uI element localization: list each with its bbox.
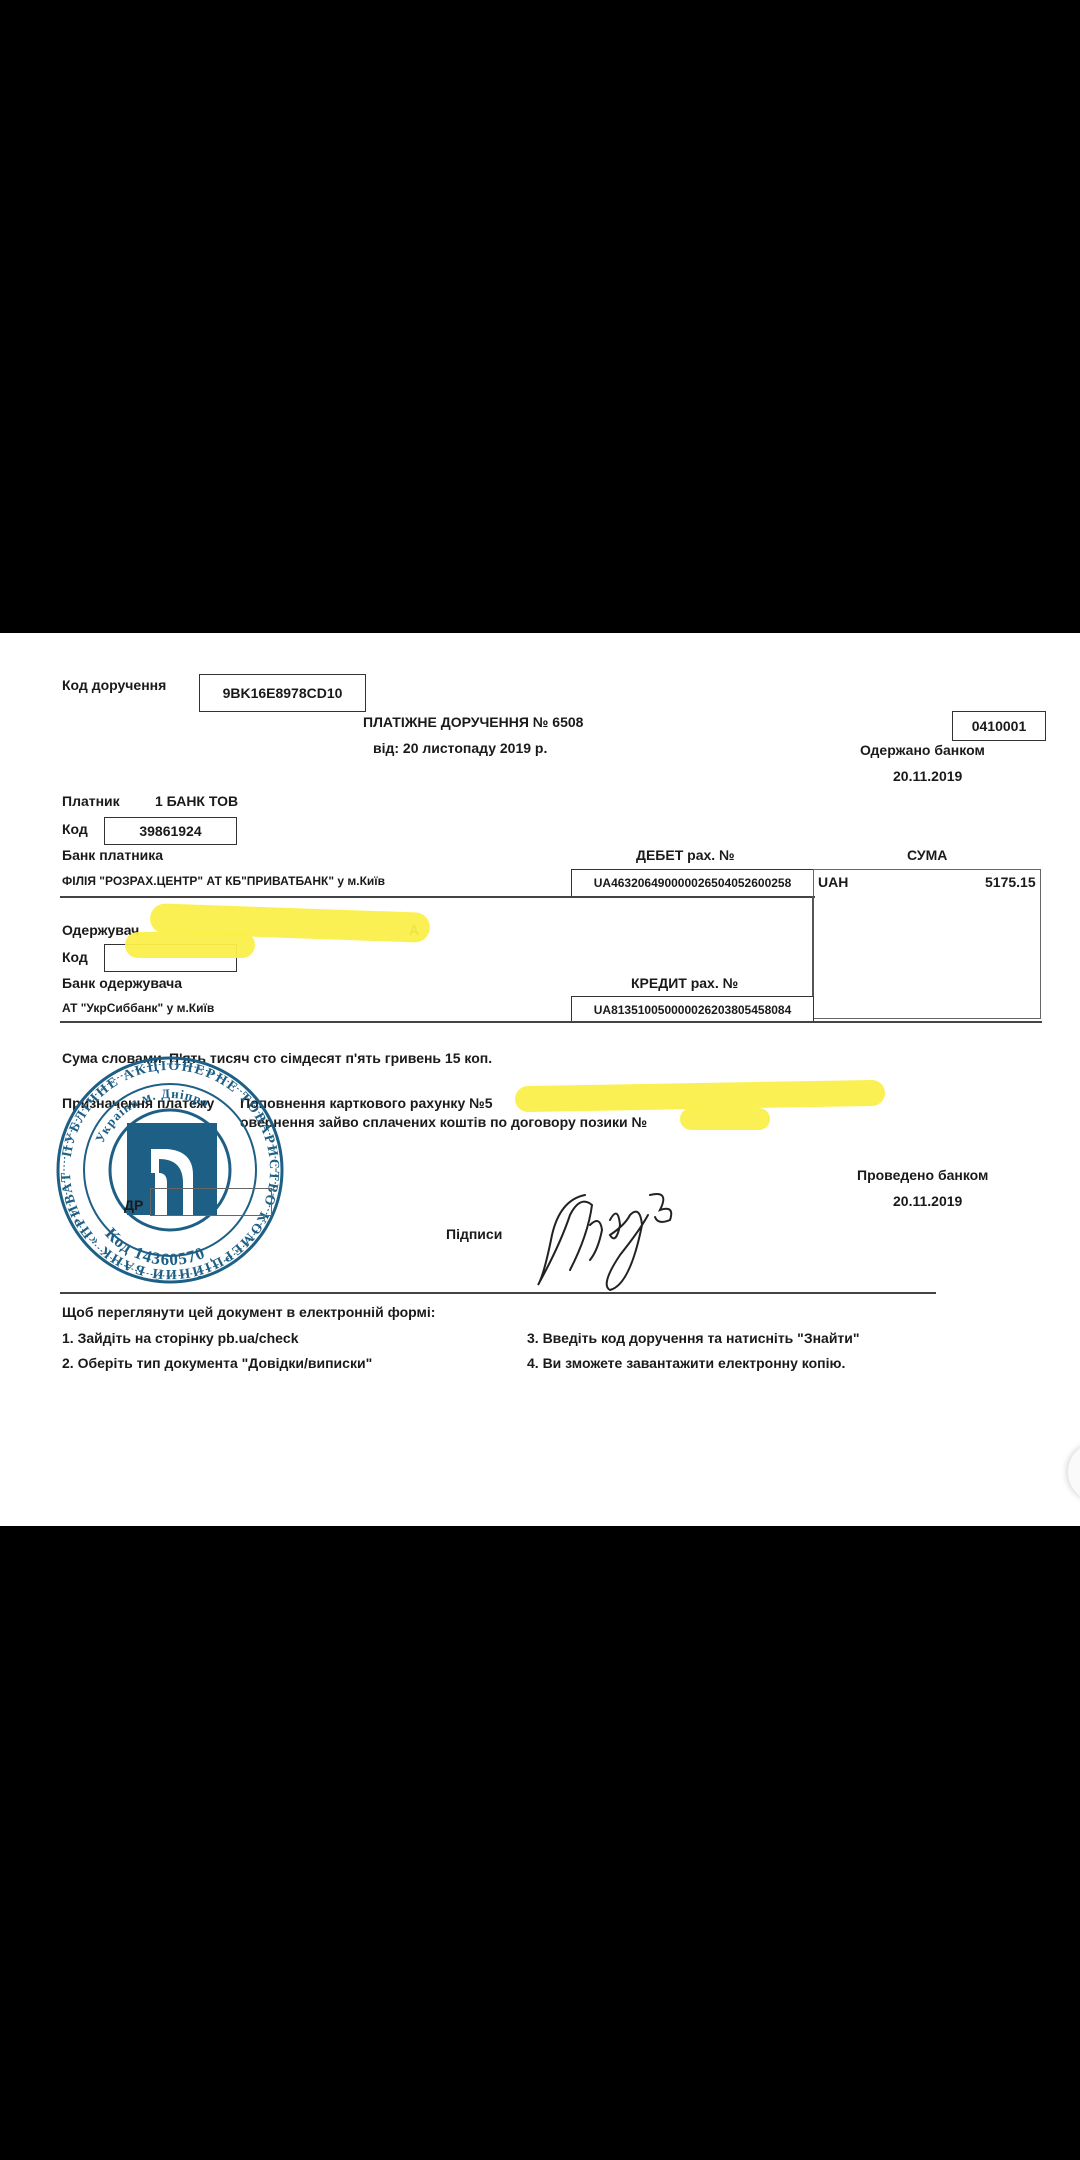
recipient-code-label: Код (62, 949, 88, 965)
bank-stamp-icon: ПУБЛІЧНЕ АКЦІОНЕРНЕ ТОВАРИСТВО КОМЕРЦІЙН… (55, 1055, 285, 1285)
sum-amount: 5175.15 (985, 874, 1036, 890)
order-code-box: 9BK16E8978CD10 (199, 674, 366, 712)
instruction-step: 4. Ви зможете завантажити електронну коп… (527, 1355, 845, 1371)
instruction-step: 1. Зайдіть на сторінку pb.ua/check (62, 1330, 299, 1346)
divider (60, 1021, 1042, 1023)
instruction-step: 3. Введіть код доручення та натисніть "З… (527, 1330, 860, 1346)
dr-label: ДР (124, 1197, 143, 1213)
payer-name: 1 БАНК ТОВ (155, 793, 238, 809)
payer-label: Платник (62, 793, 120, 809)
sum-box (813, 869, 1041, 1019)
received-label: Одержано банком (860, 742, 985, 758)
redaction-mark (125, 932, 255, 958)
redaction-mark (680, 1108, 770, 1130)
payer-code-box: 39861924 (104, 817, 237, 845)
recipient-bank-label: Банк одержувача (62, 975, 182, 991)
dr-box (150, 1188, 272, 1216)
signature-icon (530, 1175, 730, 1295)
credit-account-box: UA813510050000026203805458084 (571, 996, 814, 1023)
instructions-heading: Щоб переглянути цей документ в електронн… (62, 1304, 435, 1320)
credit-label: КРЕДИТ рах. № (631, 975, 738, 991)
order-code-label: Код доручення (62, 677, 166, 693)
payer-code-label: Код (62, 821, 88, 837)
divider (540, 896, 815, 898)
debit-label: ДЕБЕТ рах. № (636, 847, 735, 863)
form-code-box: 0410001 (952, 711, 1046, 741)
divider (60, 1292, 936, 1294)
instruction-step: 2. Оберіть тип документа "Довідки/виписк… (62, 1355, 372, 1371)
processed-date: 20.11.2019 (893, 1193, 962, 1209)
signatures-label: Підписи (446, 1226, 502, 1242)
document-title: ПЛАТІЖНЕ ДОРУЧЕННЯ № 6508 (363, 714, 583, 730)
sum-label: СУМА (907, 847, 947, 863)
debit-account-box: UA463206490000026504052600258 (571, 869, 814, 897)
divider (812, 896, 814, 996)
payer-bank-label: Банк платника (62, 847, 163, 863)
sum-currency: UAH (818, 874, 848, 890)
recipient-bank: АТ "УкрСиббанк" у м.Київ (62, 1001, 214, 1015)
document-date: від: 20 листопаду 2019 р. (373, 740, 547, 756)
divider (60, 896, 572, 898)
payer-bank: ФІЛІЯ "РОЗРАХ.ЦЕНТР" АТ КБ"ПРИВАТБАНК" у… (62, 874, 385, 888)
received-date: 20.11.2019 (893, 768, 962, 784)
purpose-line-2: овернення зайво сплачених коштів по дого… (240, 1114, 647, 1130)
processed-label: Проведено банком (857, 1167, 988, 1183)
